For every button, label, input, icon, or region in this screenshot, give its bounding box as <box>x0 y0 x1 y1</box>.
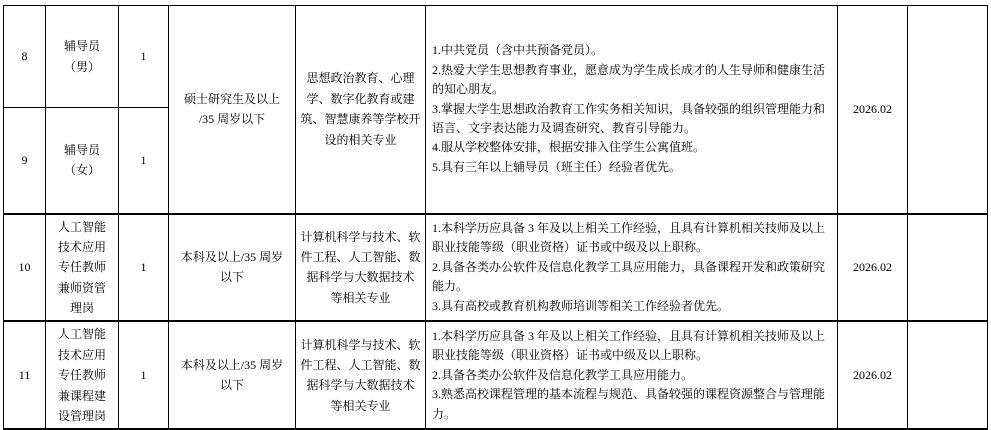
table-row: 10 人工智能 技术应用 专任教师 兼师资管 理岗 1 本科及以上/35 周岁 … <box>4 214 988 322</box>
cell-requirements: 1.中共党员（含中共预备党员）。 2.热爱大学生思想教育事业，愿意成为学生成长成… <box>426 6 838 214</box>
cell-openings: 1 <box>119 214 169 322</box>
cell-education-age: 硕士研究生及以上 /35 周岁以下 <box>169 6 296 214</box>
table-row: 8 辅导员 （男） 1 硕士研究生及以上 /35 周岁以下 思想政治教育、心理 … <box>4 6 988 108</box>
cell-start-date: 2026.02 <box>838 6 908 214</box>
cell-majors: 计算机科学与技术、软 件工程、人工智能、数 据科学与大数据技术 等相关专业 <box>296 321 426 428</box>
recruitment-table: 8 辅导员 （男） 1 硕士研究生及以上 /35 周岁以下 思想政治教育、心理 … <box>3 5 988 428</box>
cell-education-age: 本科及以上/35 周岁 以下 <box>169 321 296 428</box>
cell-note <box>908 321 988 428</box>
cell-start-date: 2026.02 <box>838 214 908 322</box>
cell-seq: 11 <box>4 321 46 428</box>
table-row: 11 人工智能 技术应用 专任教师 兼课程建 设管理岗 1 本科及以上/35 周… <box>4 321 988 428</box>
cell-position-title: 人工智能 技术应用 专任教师 兼师资管 理岗 <box>46 214 119 322</box>
cell-start-date: 2026.02 <box>838 321 908 428</box>
cell-note <box>908 6 988 214</box>
cell-majors: 思想政治教育、心理 学、数字化教育或建 筑、智慧康养等学校开 设的相关专业 <box>296 6 426 214</box>
cell-seq: 8 <box>4 6 46 108</box>
cell-education-age: 本科及以上/35 周岁 以下 <box>169 214 296 322</box>
cell-openings: 1 <box>119 6 169 108</box>
cell-position-title: 辅导员 （男） <box>46 6 119 108</box>
cell-requirements: 1.本科学历应具备 3 年及以上相关工作经验，且具有计算机相关技师及以上 职业技… <box>426 321 838 428</box>
cell-note <box>908 214 988 322</box>
cell-openings: 1 <box>119 108 169 214</box>
cell-openings: 1 <box>119 321 169 428</box>
cell-requirements: 1.本科学历应具备 3 年及以上相关工作经验，且具有计算机相关技师及以上 职业技… <box>426 214 838 322</box>
cell-seq: 10 <box>4 214 46 322</box>
cell-majors: 计算机科学与技术、软 件工程、人工智能、数 据科学与大数据技术 等相关专业 <box>296 214 426 322</box>
cell-position-title: 人工智能 技术应用 专任教师 兼课程建 设管理岗 <box>46 321 119 428</box>
cell-seq: 9 <box>4 108 46 214</box>
cell-position-title: 辅导员 （女） <box>46 108 119 214</box>
document-sheet: 8 辅导员 （男） 1 硕士研究生及以上 /35 周岁以下 思想政治教育、心理 … <box>3 5 988 428</box>
